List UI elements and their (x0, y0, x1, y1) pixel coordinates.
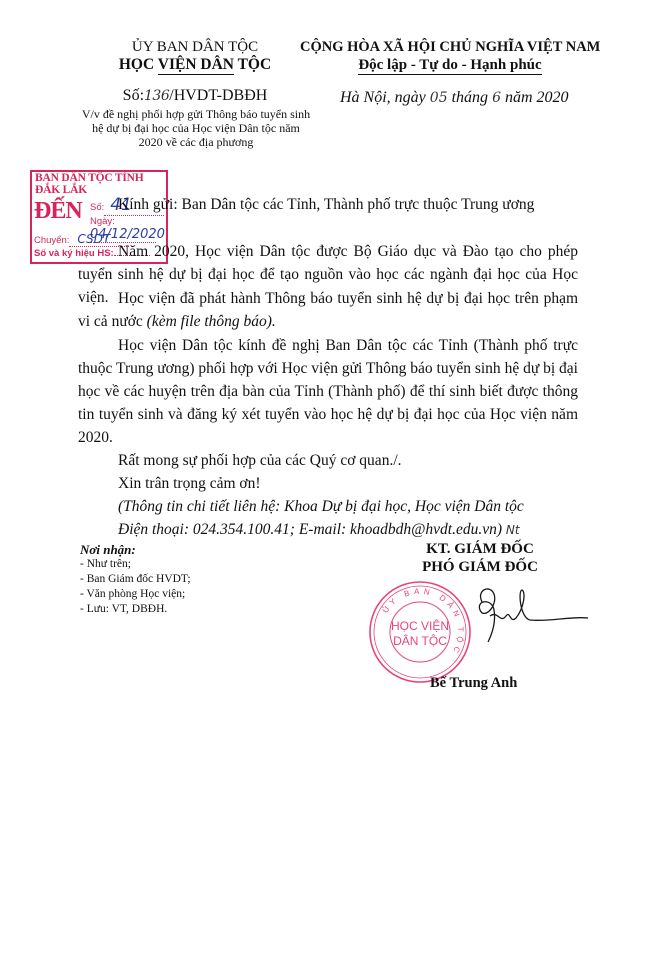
recipient-item: - Văn phòng Học viện; (80, 587, 191, 602)
document-number: Số:136/HVDT-DBĐH (70, 87, 320, 105)
p2-italic: (kèm file thông báo). (147, 313, 276, 330)
nation-title: CỘNG HÒA XÃ HỘI CHỦ NGHĨA VIỆT NAM (300, 38, 600, 56)
contact-line-1: (Thông tin chi tiết liên hệ: Khoa Dự bị … (78, 495, 578, 518)
contact-text: Điện thoại: 024.354.100.41; E-mail: khoa… (118, 521, 502, 538)
date-month: 6 (492, 90, 501, 106)
recipient-item: - Ban Giám đốc HVDT; (80, 572, 191, 587)
agency-underlined: VIỆN DÂN (158, 56, 234, 75)
recipient-item: - Lưu: VT, DBĐH. (80, 602, 191, 617)
signature-title-2: PHÓ GIÁM ĐỐC (380, 558, 580, 576)
signature-title-1: KT. GIÁM ĐỐC (380, 540, 580, 558)
national-header: CỘNG HÒA XÃ HỘI CHỦ NGHĨA VIỆT NAM Độc l… (300, 38, 600, 74)
signer-name: Bế Trung Anh (430, 675, 517, 692)
handwritten-initials: Nt (506, 523, 520, 537)
body-paragraph-5: Xin trân trọng cảm ơn! (78, 472, 578, 495)
agency-prefix: HỌC (119, 56, 158, 73)
body-paragraph-2: Học viện đã phát hành Thông báo tuyển si… (78, 287, 578, 333)
official-seal-icon: ỦY BAN DÂN TỘC HỌC VIỆN DÂN TỘC (368, 580, 472, 684)
agency-suffix: TỘC (234, 56, 271, 73)
date-line: Hà Nội, ngày 05 tháng 6 năm 2020 (340, 89, 569, 107)
recipient-line: Kính gửi: Ban Dân tộc các Tỉnh, Thành ph… (118, 196, 534, 214)
seal-line-2: DÂN TỘC (393, 633, 447, 648)
seal-line-1: HỌC VIỆN (391, 618, 449, 633)
stamp-chuyen-label: Chuyển: (34, 235, 69, 246)
agency-name: HỌC VIỆN DÂN TỘC (70, 56, 320, 74)
body-paragraph-3: Học viện Dân tộc kính đề nghị Ban Dân tộ… (78, 334, 578, 449)
recipient-item: - Như trên; (80, 557, 191, 572)
body-paragraph-4: Rất mong sự phối hợp của các Quý cơ quan… (78, 449, 578, 472)
recipients-title: Nơi nhận: (80, 542, 191, 557)
docno-handwritten: 136 (144, 88, 169, 104)
contact-line-2: Điện thoại: 024.354.100.41; E-mail: khoa… (78, 518, 578, 542)
date-prefix: Hà Nội, ngày (340, 89, 430, 106)
docno-suffix: /HVDT-DBĐH (169, 87, 267, 104)
motto: Độc lập - Tự do - Hạnh phúc (358, 57, 541, 75)
docno-label: Số: (123, 87, 144, 104)
agency-header: ỦY BAN DÂN TỘC HỌC VIỆN DÂN TỘC (70, 38, 320, 74)
parent-agency: ỦY BAN DÂN TỘC (70, 38, 320, 56)
subject-line: V/v đề nghị phối hợp gửi Thông báo tuyển… (80, 107, 312, 149)
signature-block: KT. GIÁM ĐỐC PHÓ GIÁM ĐỐC (380, 540, 580, 576)
date-day: 05 (430, 90, 448, 106)
stamp-ngay-label: Ngày: (90, 216, 115, 227)
recipients-block: Nơi nhận: - Như trên; - Ban Giám đốc HVD… (80, 542, 191, 617)
handwritten-signature-icon (470, 580, 590, 650)
stamp-den-label: ĐẾN (34, 198, 82, 225)
stamp-organization: BAN DÂN TỘC TỈNH ĐẮK LẮK (35, 172, 166, 196)
date-year: năm 2020 (501, 89, 569, 106)
stamp-so-label: Số: (90, 202, 104, 213)
date-month-label: tháng (448, 89, 492, 106)
